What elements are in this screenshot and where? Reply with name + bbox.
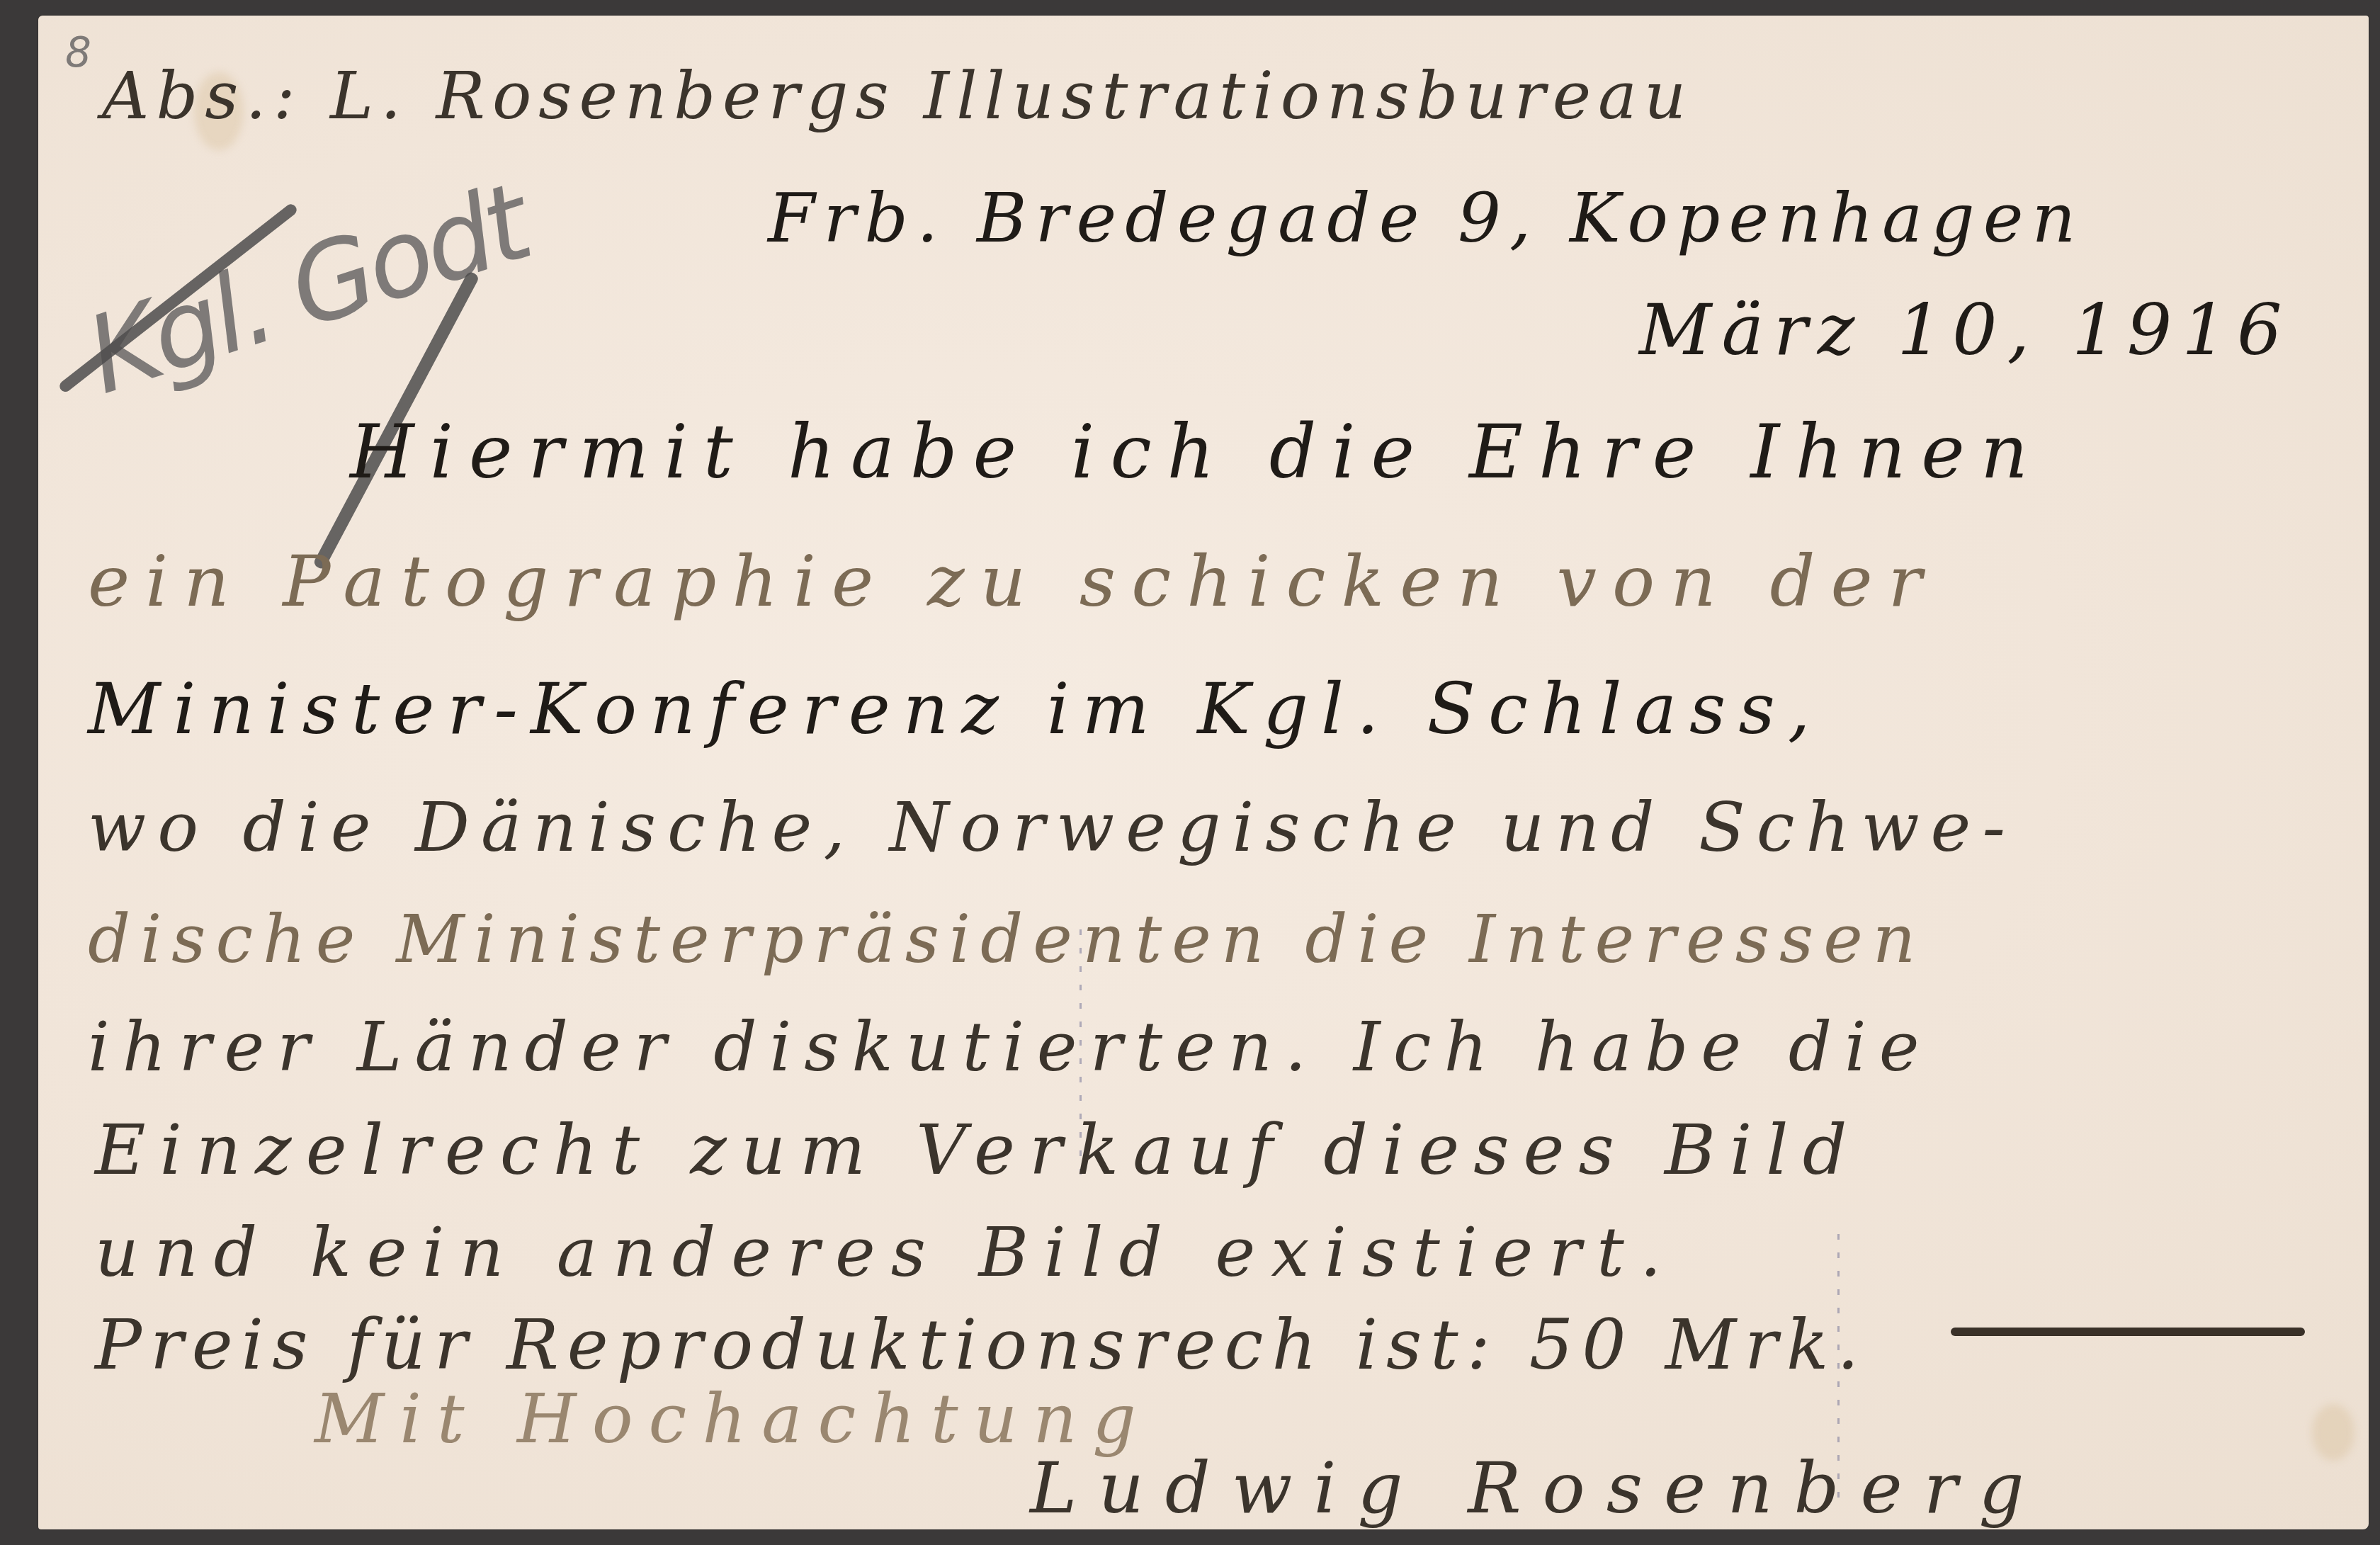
body-line-7: Einzelrecht zum Verkauf dieses Bild	[95, 1110, 1861, 1191]
body-line-2: ein Patographie zu schicken von der	[88, 540, 1937, 623]
closing-salutation: Mit Hochachtung	[314, 1379, 1152, 1459]
corner-mark: 8	[65, 28, 91, 77]
signature: Ludwig Rosenberg	[1030, 1447, 2046, 1529]
body-line-1: Hiermit habe ich die Ehre Ihnen	[350, 409, 2044, 495]
postcard: 8 Kgl. Godt Abs.: L. Rosenbergs Illustra…	[38, 16, 2369, 1529]
body-line-8: und kein anderes Bild existiert.	[95, 1213, 1677, 1292]
body-line-6: ihrer Länder diskutierten. Ich habe die	[88, 1007, 1932, 1087]
body-line-4: wo die Dänische, Norwegische und Schwe-	[88, 788, 2017, 867]
price-underline	[1951, 1328, 2305, 1336]
sender-line: Abs.: L. Rosenbergs Illustrationsbureau	[102, 58, 1693, 134]
aging-stain	[2312, 1404, 2354, 1461]
date-line: März 10, 1916	[1639, 288, 2292, 371]
address-line: Frb. Bredegade 9, Kopenhagen	[768, 179, 2084, 258]
body-line-3: Minister-Konferenz im Kgl. Schlass,	[88, 667, 1823, 750]
scanned-document: 8 Kgl. Godt Abs.: L. Rosenbergs Illustra…	[0, 0, 2380, 1545]
body-line-5: dische Ministerpräsidenten die Interesse…	[88, 901, 1925, 978]
body-line-9: Preis für Reproduktionsrech ist: 50 Mrk.	[95, 1305, 1867, 1386]
